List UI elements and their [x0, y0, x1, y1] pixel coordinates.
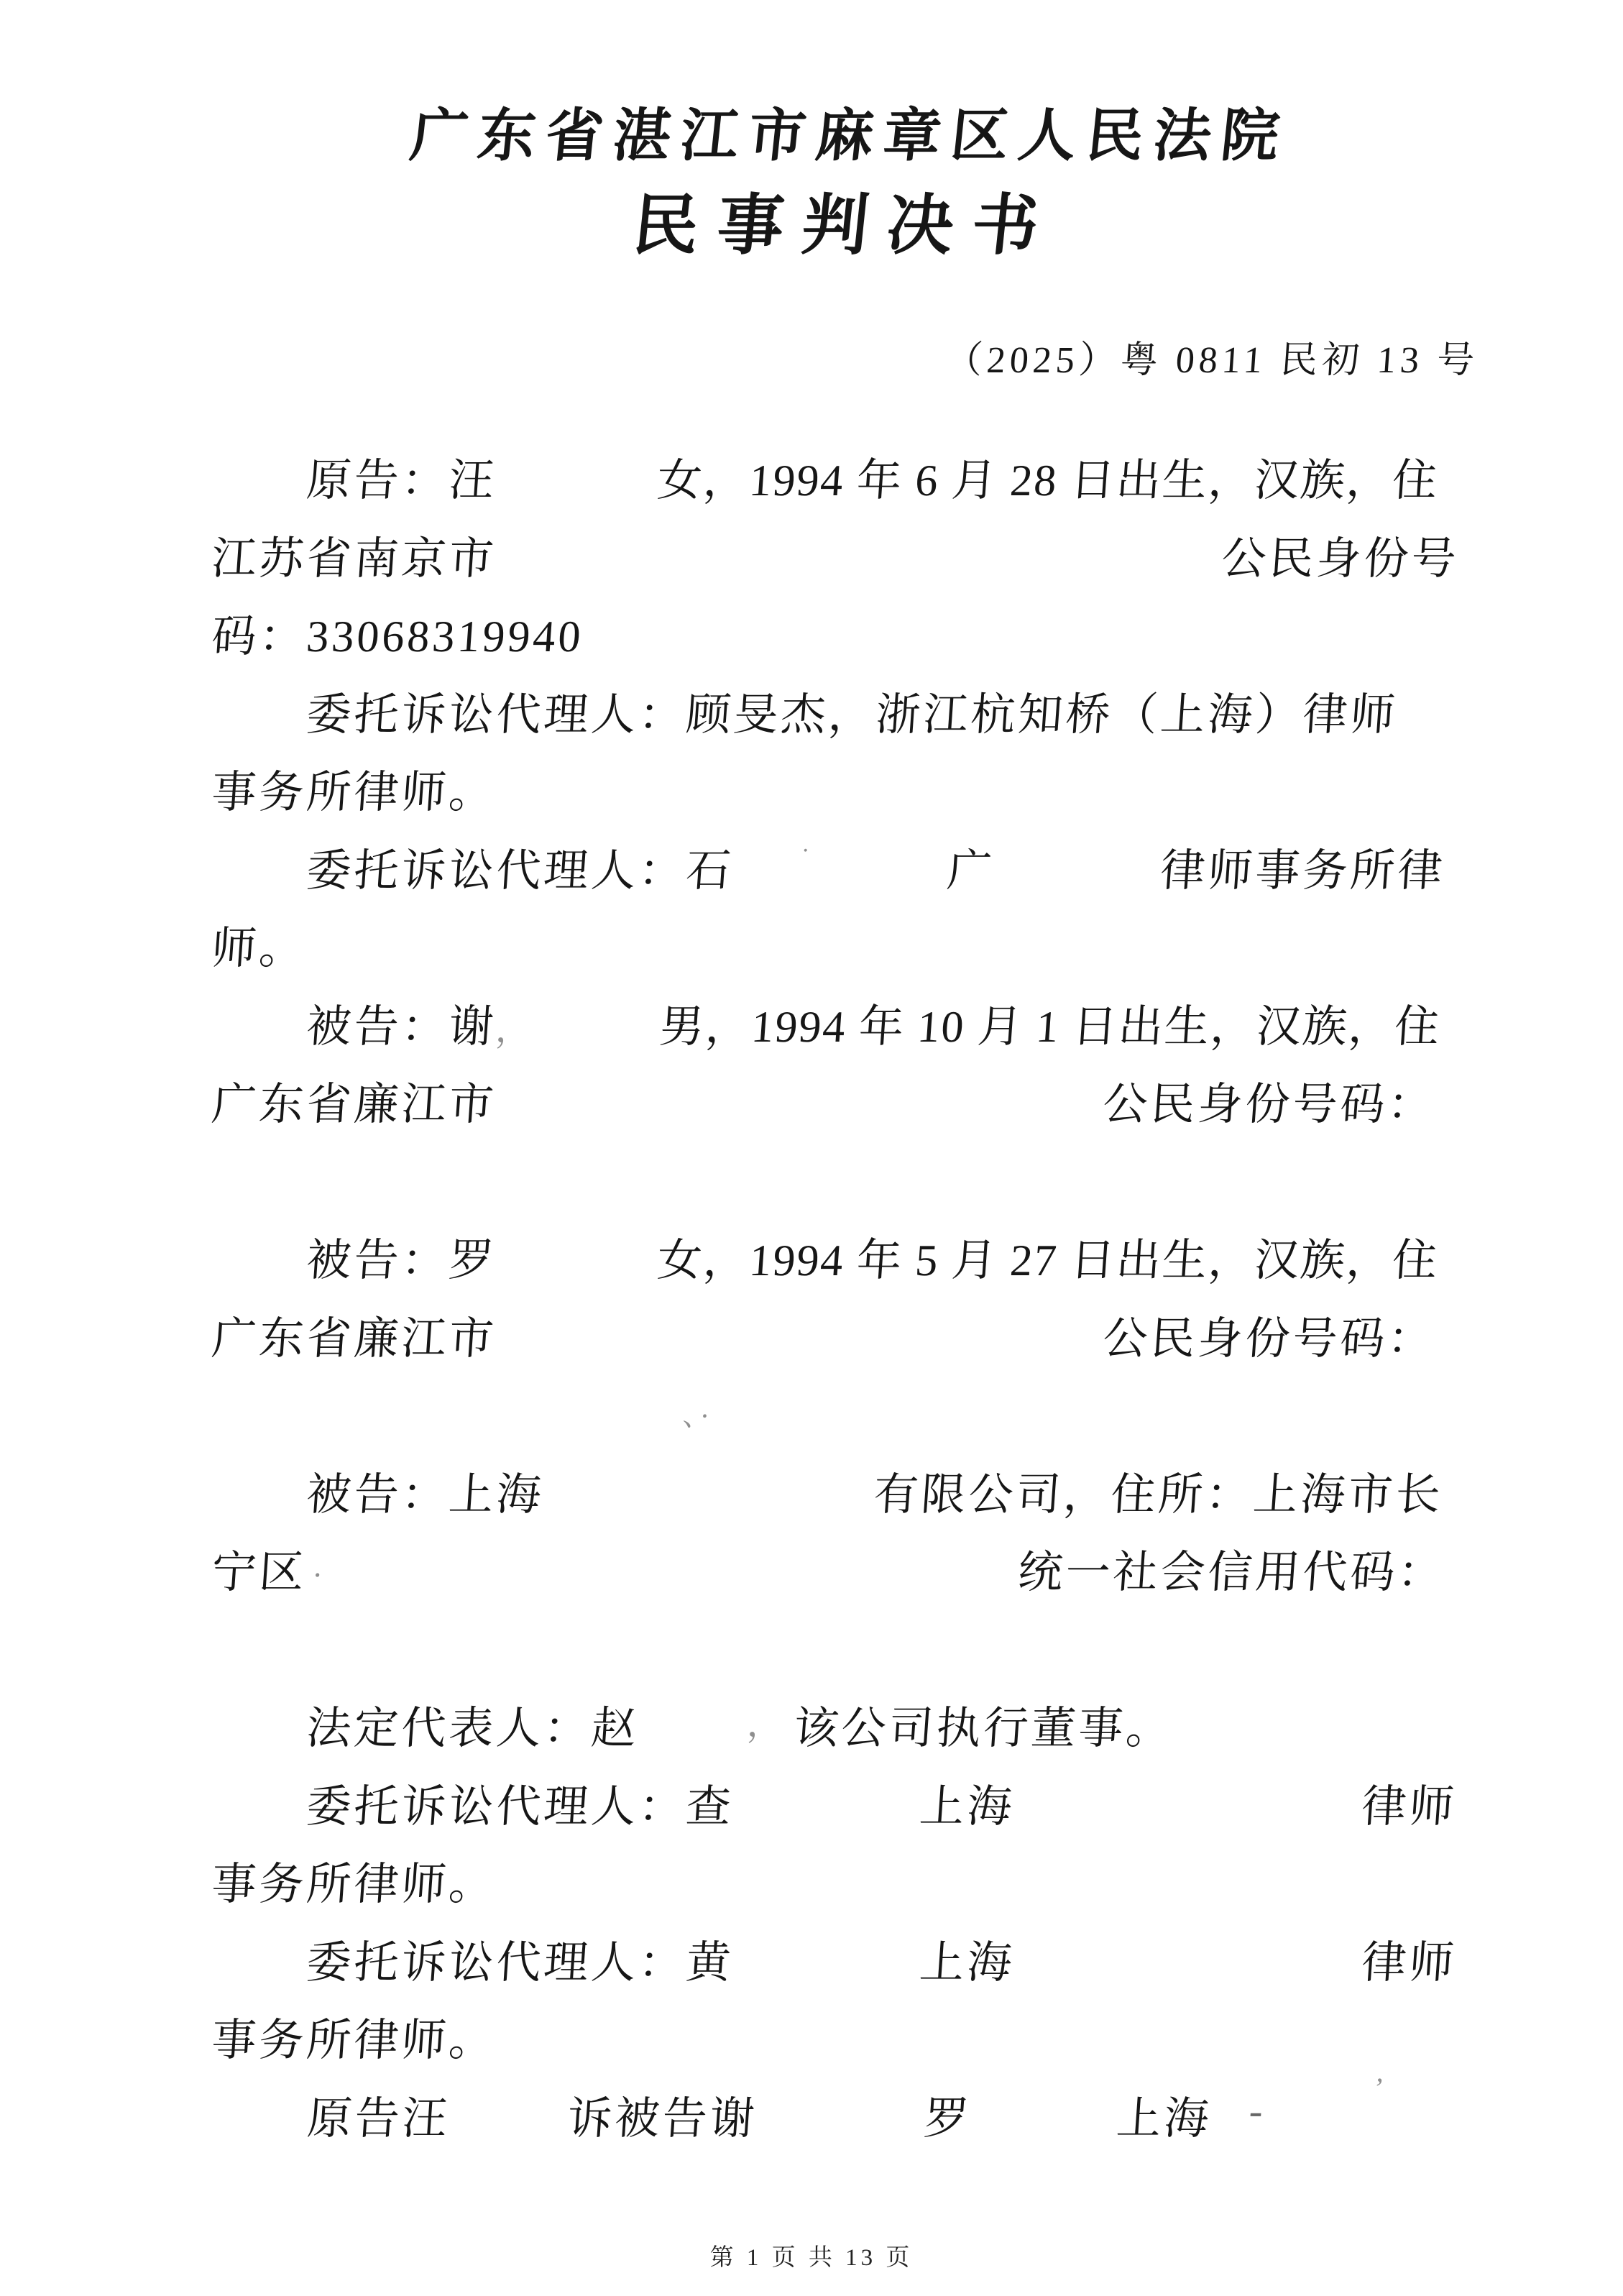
body-line: 事务所律师。	[0, 2004, 1623, 2057]
body-line: 江苏省南京市 公民身份号	[0, 523, 1623, 576]
text-segment: 委托诉讼代理人：查	[305, 1771, 736, 1834]
document-title: 民事判决书	[628, 173, 1062, 267]
body-line: 码：33068319940	[0, 600, 1623, 653]
text-segment: 公民身份号码：	[1101, 1303, 1438, 1367]
text-segment: 该公司执行董事。	[792, 1692, 1176, 1756]
blank-redacted-line	[0, 1615, 1623, 1668]
body-line: 法定代表人：赵 ， 该公司执行董事。	[0, 1692, 1623, 1745]
text-segment: 律师事务所律	[1159, 835, 1448, 899]
body-line: 事务所律师。	[0, 1848, 1623, 1901]
text-segment: 罗	[922, 2083, 974, 2146]
text-segment: 原告汪	[305, 2083, 452, 2146]
body-line: 委托诉讼代理人：石 · 广 律师事务所律	[0, 835, 1623, 888]
body-line: 广东省廉江市 公民身份号码：	[0, 1068, 1623, 1121]
text-segment: 事务所律师。	[210, 2004, 499, 2068]
text-segment: 原告：汪	[305, 444, 499, 508]
body-line: 原告：汪 女，1994 年 6 月 28 日出生，汉族，住	[0, 444, 1623, 497]
text-segment: 委托诉讼代理人：黄	[305, 1927, 736, 1990]
body-line: 原告汪 诉被告谢 罗 上海 - ’	[0, 2083, 1623, 2136]
blank-redacted-line	[0, 1147, 1623, 1200]
text-segment: 上海	[918, 1927, 1017, 1990]
body-line: 宁区 . 统一社会信用代码：	[0, 1536, 1623, 1589]
body-line: 师。	[0, 912, 1623, 965]
text-segment: 师。	[210, 912, 309, 976]
text-segment: 被告：罗	[305, 1224, 499, 1288]
text-segment: 诉被告谢	[566, 2083, 760, 2146]
text-segment: 宁区	[210, 1536, 309, 1600]
body-line: 广东省廉江市 公民身份号码：	[0, 1303, 1623, 1356]
text-segment: 江苏省南京市	[210, 523, 499, 587]
text-segment: 广东省廉江市	[210, 1303, 499, 1367]
text-segment: 律师	[1360, 1771, 1459, 1834]
text-segment: 被告：谢	[305, 991, 499, 1055]
text-segment: 上海	[918, 1771, 1017, 1834]
judgment-page: 广东省湛江市麻章区人民法院 民事判决书 （2025）粤 0811 民初 13 号…	[0, 0, 1623, 2296]
body-line: 委托诉讼代理人：黄 上海 律师	[0, 1927, 1623, 1980]
body-line: 被告：谢 ， 男，1994 年 10 月 1 日出生，汉族，住	[0, 991, 1623, 1044]
text-segment: 广东省廉江市	[210, 1068, 499, 1132]
scan-artifact: ，	[745, 1695, 788, 1747]
body-line: 委托诉讼代理人：查 上海 律师	[0, 1771, 1623, 1824]
scan-artifact: .	[313, 1548, 326, 1584]
text-segment: 码：33068319940	[210, 600, 586, 664]
text-segment: 委托诉讼代理人：石	[305, 835, 736, 899]
scan-artifact: ，	[494, 1001, 536, 1052]
scan-artifact: 、·	[681, 1393, 714, 1434]
text-segment: 法定代表人：赵	[305, 1692, 641, 1756]
text-segment: 女，1994 年 5 月 27 日出生，汉族，住	[656, 1224, 1441, 1288]
text-segment: 统一社会信用代码：	[1016, 1536, 1448, 1600]
text-segment: 事务所律师。	[210, 756, 499, 820]
text-segment: 男，1994 年 10 月 1 日出生，汉族，住	[658, 991, 1443, 1055]
text-segment: 事务所律师。	[210, 1848, 499, 1912]
text-segment: 有限公司，住所：上海市长	[872, 1459, 1445, 1523]
scan-artifact: -	[1248, 2088, 1267, 2134]
text-segment: 律师	[1360, 1927, 1459, 1990]
text-segment: 公民身份号码：	[1101, 1068, 1438, 1132]
page-number: 第 1 页 共 13 页	[0, 2238, 1623, 2272]
body-line: 委托诉讼代理人：顾旻杰，浙江杭知桥（上海）律师	[0, 679, 1623, 732]
text-segment: 广	[945, 835, 997, 899]
court-name: 广东省湛江市麻章区人民法院	[407, 89, 1294, 172]
blank-redacted-line: 、·	[0, 1380, 1623, 1433]
scan-artifact: ·	[801, 837, 814, 865]
text-segment: 公民身份号	[1220, 523, 1461, 587]
body-line: 被告：上海 有限公司，住所：上海市长	[0, 1459, 1623, 1512]
text-segment: 上海	[1115, 2083, 1214, 2146]
body-line: 被告：罗 女，1994 年 5 月 27 日出生，汉族，住	[0, 1224, 1623, 1277]
body-line: 事务所律师。	[0, 756, 1623, 809]
text-segment: 被告：上海	[305, 1459, 546, 1523]
scan-artifact: ’	[1373, 2071, 1388, 2105]
text-segment: 委托诉讼代理人：顾旻杰，浙江杭知桥（上海）律师	[305, 679, 1400, 743]
text-segment: 女，1994 年 6 月 28 日出生，汉族，住	[656, 444, 1441, 508]
case-number: （2025）粤 0811 民初 13 号	[944, 329, 1481, 383]
